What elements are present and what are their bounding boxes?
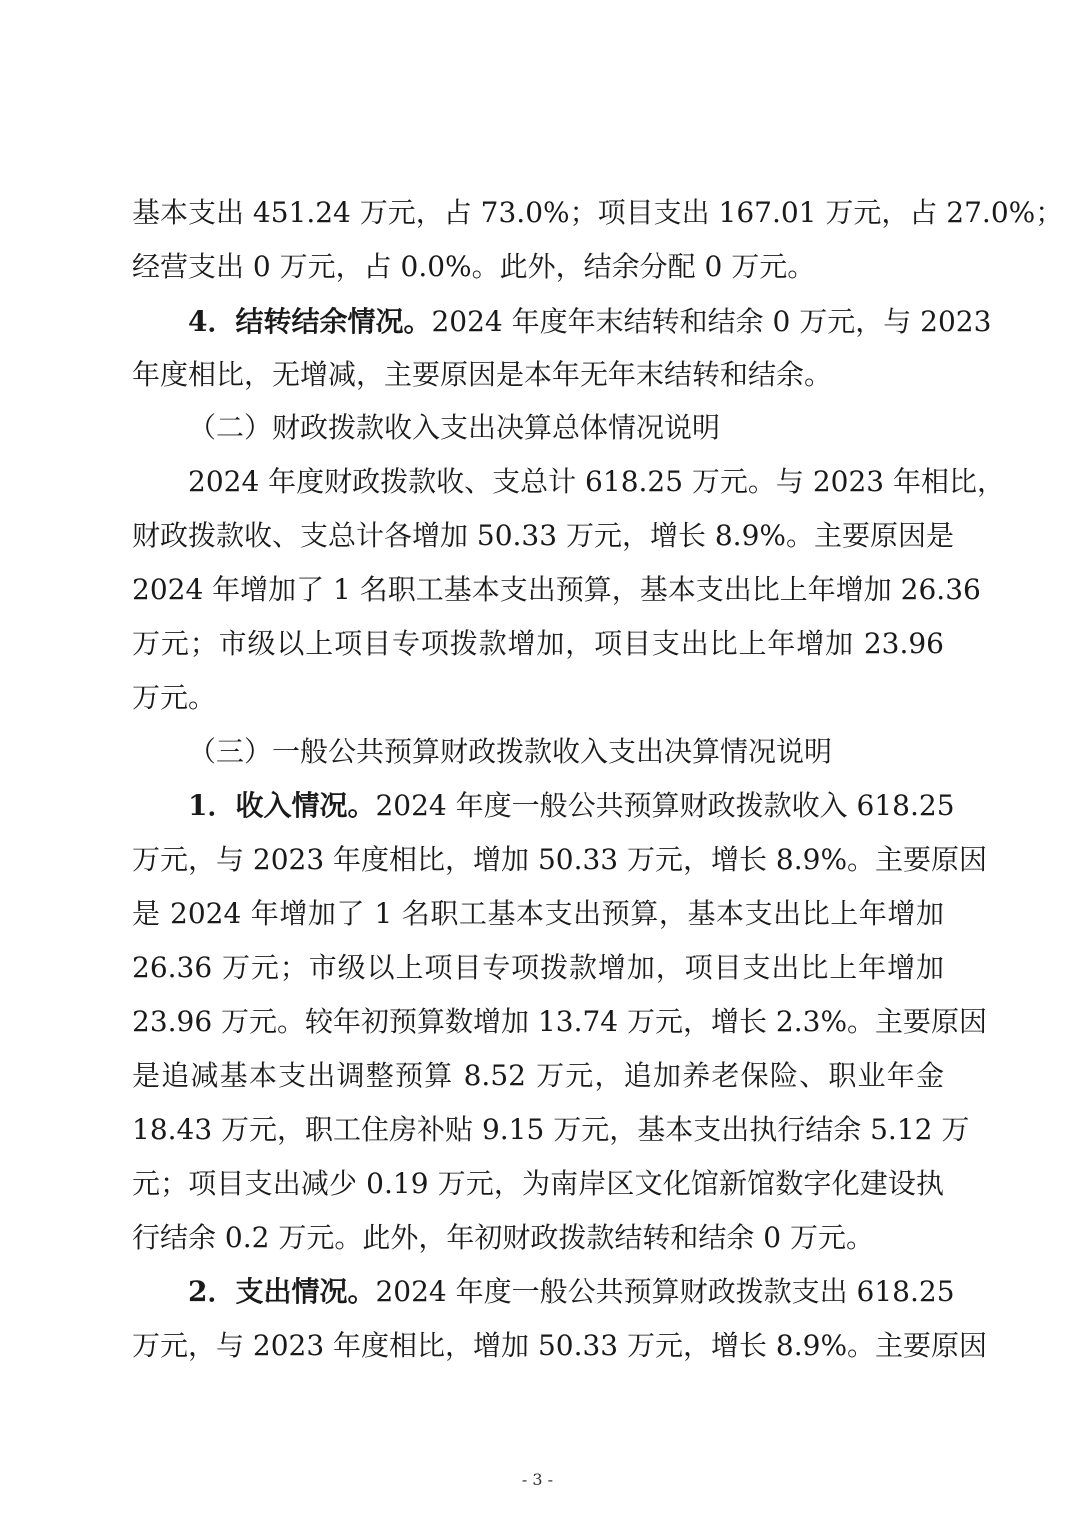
paragraph-line: 26.36 万元；市级以上项目专项拨款增加，项目支出比上年增加: [132, 948, 944, 988]
document-page: 基本支出 451.24 万元，占 73.0%；项目支出 167.01 万元，占 …: [0, 0, 1075, 1520]
heading-section-2: （二）财政拨款收入支出决算总体情况说明: [188, 408, 944, 448]
section-4-title: 4．结转结余情况。: [188, 305, 431, 338]
paragraph-line: 万元，与 2023 年度相比，增加 50.33 万元，增长 8.9%。主要原因: [132, 1326, 944, 1366]
paragraph-line: 年度相比，无增减，主要原因是本年无年末结转和结余。: [132, 355, 944, 395]
section-4-carryover: 4．结转结余情况。2024 年度年末结转和结余 0 万元，与 2023: [188, 302, 944, 342]
paragraph-line: 基本支出 451.24 万元，占 73.0%；项目支出 167.01 万元，占 …: [132, 193, 944, 233]
paragraph-line: 18.43 万元，职工住房补贴 9.15 万元，基本支出执行结余 5.12 万: [132, 1110, 944, 1150]
heading-section-3: （三）一般公共预算财政拨款收入支出决算情况说明: [188, 732, 944, 772]
paragraph-line: 2024 年增加了 1 名职工基本支出预算，基本支出比上年增加 26.36: [132, 570, 944, 610]
paragraph-line: 万元，与 2023 年度相比，增加 50.33 万元，增长 8.9%。主要原因: [132, 840, 944, 880]
section-1-title: 1．收入情况。: [188, 789, 375, 822]
paragraph-line: 财政拨款收、支总计各增加 50.33 万元，增长 8.9%。主要原因是: [132, 516, 944, 556]
paragraph-line: 万元；市级以上项目专项拨款增加，项目支出比上年增加 23.96: [132, 624, 944, 664]
paragraph-line: 元；项目支出减少 0.19 万元，为南岸区文化馆新馆数字化建设执: [132, 1164, 944, 1204]
paragraph-line: 是 2024 年增加了 1 名职工基本支出预算，基本支出比上年增加: [132, 894, 944, 934]
paragraph-line: 是追减基本支出调整预算 8.52 万元，追加养老保险、职业年金: [132, 1056, 944, 1096]
paragraph-line: 行结余 0.2 万元。此外，年初财政拨款结转和结余 0 万元。: [132, 1218, 944, 1258]
paragraph-line: 经营支出 0 万元，占 0.0%。此外，结余分配 0 万元。: [132, 247, 944, 287]
paragraph-line: 2024 年度财政拨款收、支总计 618.25 万元。与 2023 年相比，: [188, 462, 944, 502]
section-2-title: 2．支出情况。: [188, 1275, 375, 1308]
section-1-income: 1．收入情况。2024 年度一般公共预算财政拨款收入 618.25: [188, 786, 944, 826]
section-2-expenditure: 2．支出情况。2024 年度一般公共预算财政拨款支出 618.25: [188, 1272, 944, 1312]
page-number: - 3 -: [0, 1470, 1075, 1489]
paragraph-line: 23.96 万元。较年初预算数增加 13.74 万元，增长 2.3%。主要原因: [132, 1002, 944, 1042]
paragraph-line: 万元。: [132, 678, 944, 718]
